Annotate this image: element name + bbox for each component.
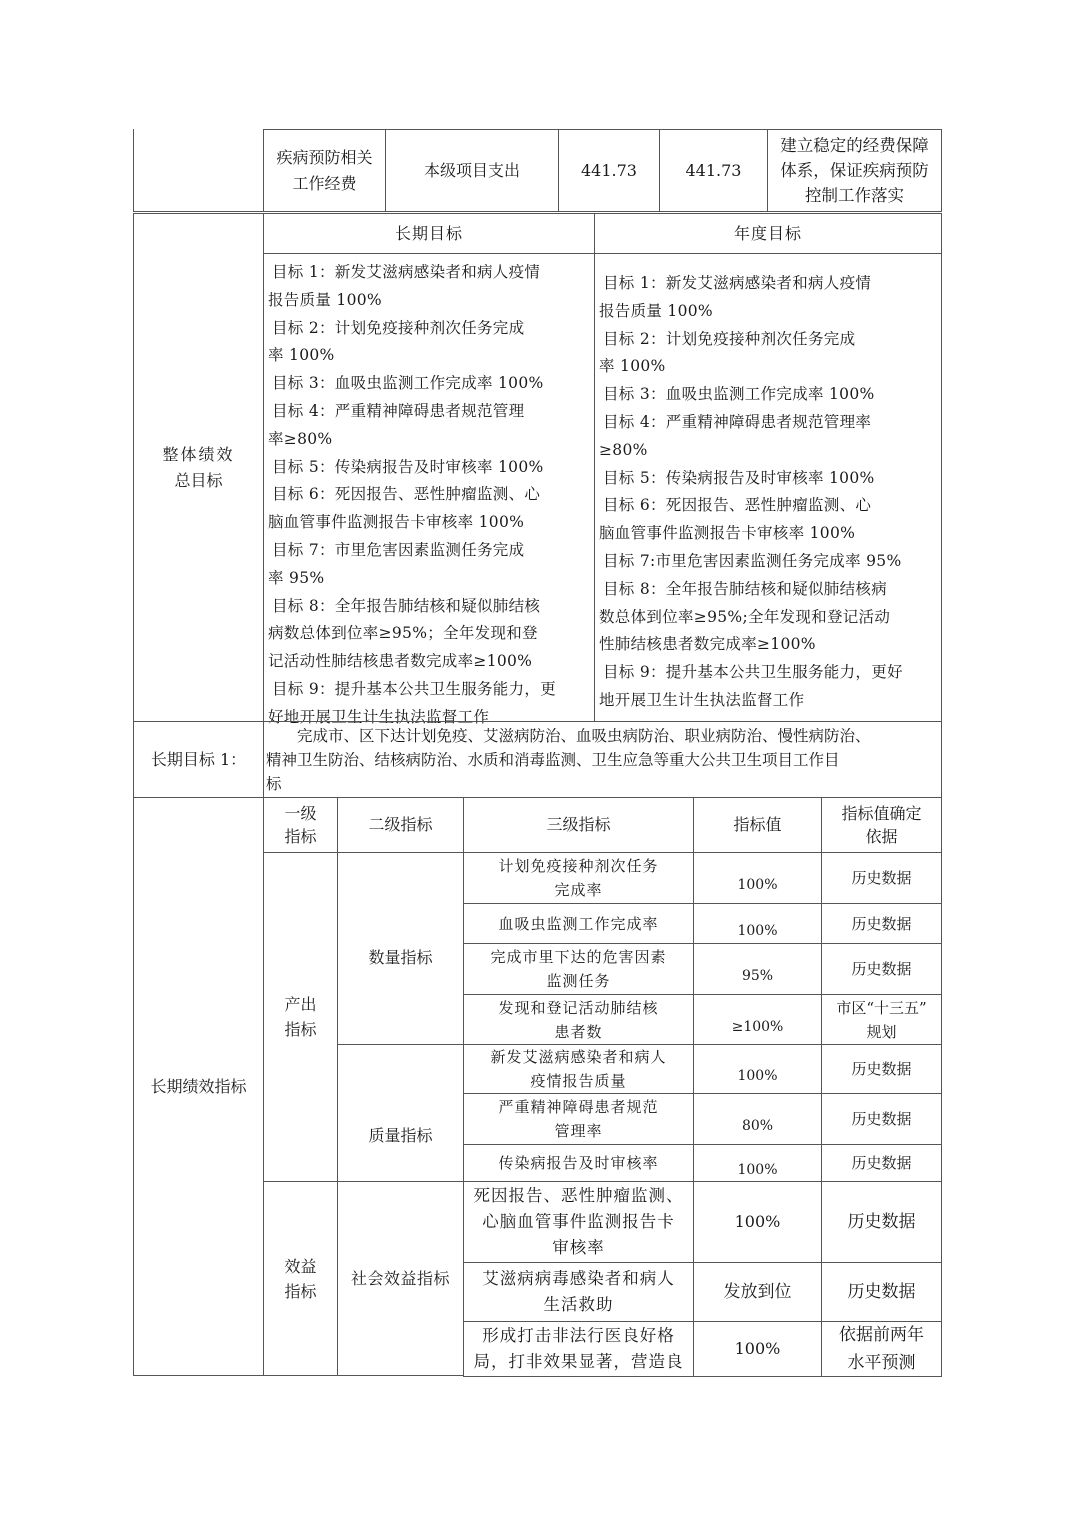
- indicator-value: 100%: [693, 1321, 822, 1377]
- level3-indicator: 严重精神障碍患者规范管理率: [463, 1093, 694, 1145]
- budget-item-name: 疾病预防相关 工作经费: [263, 129, 386, 212]
- goal-line: 脑血管事件监测报告卡审核率 100%: [599, 520, 937, 548]
- goal-line: 率 100%: [599, 353, 937, 381]
- level3-indicator: 形成打击非法行医良好格局，打非效果显著，营造良: [463, 1321, 694, 1377]
- level1-benefit: 效益指标: [263, 1181, 338, 1376]
- goal-line: 脑血管事件监测报告卡审核率 100%: [268, 509, 590, 537]
- indicator-value: 100%: [693, 903, 822, 944]
- budget-amount-2: 441.73: [659, 129, 768, 212]
- level2-social-benefit: 社会效益指标: [337, 1181, 464, 1376]
- level3-indicator: 血吸虫监测工作完成率: [463, 903, 694, 944]
- indicator-value: 80%: [693, 1093, 822, 1145]
- goal-line: 地开展卫生计生执法监督工作: [599, 687, 937, 715]
- level1-output: 产出指标: [263, 852, 338, 1182]
- level3-indicator: 艾滋病病毒感染者和病人生活救助: [463, 1262, 694, 1322]
- annual-goals-list: 目标 1：新发艾滋病感染者和病人疫情报告质量 100%目标 2：计划免疫接种剂次…: [594, 253, 942, 722]
- goal-line: 数总体到位率≥95%;全年发现和登记活动: [599, 604, 937, 632]
- long-term-goal-1-text: 完成市、区下达计划免疫、艾滋病防治、血吸虫病防治、职业病防治、慢性病防治、 精神…: [263, 721, 942, 798]
- goal-line: 目标 4：严重精神障碍患者规范管理: [268, 398, 590, 426]
- goal-line: 率≥80%: [268, 426, 590, 454]
- long-term-goal-1-label: 长期目标 1：: [133, 721, 264, 798]
- level3-indicator: 死因报告、恶性肿瘤监测、心脑血管事件监测报告卡审核率: [463, 1181, 694, 1263]
- goal-line: 报告质量 100%: [599, 298, 937, 326]
- goal-line: 目标 5：传染病报告及时审核率 100%: [268, 454, 590, 482]
- annual-goal-header: 年度目标: [594, 213, 942, 254]
- header-level2: 二级指标: [337, 797, 464, 853]
- indicators-label: 长期绩效指标: [133, 797, 264, 1376]
- goal-line: 率 100%: [268, 342, 590, 370]
- level3-indicator: 计划免疫接种剂次任务完成率: [463, 852, 694, 904]
- goal-line: 目标 5：传染病报告及时审核率 100%: [599, 465, 937, 493]
- indicator-basis: 市区“十三五”规划: [821, 994, 942, 1045]
- level2-quality: 质量指标: [337, 1044, 464, 1182]
- indicator-basis: 历史数据: [821, 1262, 942, 1322]
- indicator-basis: 历史数据: [821, 1144, 942, 1182]
- header-basis: 指标值确定依据: [821, 797, 942, 853]
- level3-indicator: 发现和登记活动肺结核患者数: [463, 994, 694, 1045]
- goal-line: 目标 9：提升基本公共卫生服务能力，更好: [599, 659, 937, 687]
- long-term-goal-header: 长期目标: [263, 213, 595, 254]
- level3-indicator: 新发艾滋病感染者和病人疫情报告质量: [463, 1044, 694, 1094]
- indicator-basis: 历史数据: [821, 903, 942, 944]
- budget-purpose: 建立稳定的经费保障 体系，保证疾病预防 控制工作落实: [767, 129, 942, 212]
- goal-line: 报告质量 100%: [268, 287, 590, 315]
- goal-line: 目标 7：市里危害因素监测任务完成: [268, 537, 590, 565]
- indicator-value: 发放到位: [693, 1262, 822, 1322]
- goal-line: 病数总体到位率≥95%；全年发现和登: [268, 620, 590, 648]
- indicator-basis: 历史数据: [821, 852, 942, 904]
- budget-empty-cell: [133, 129, 264, 212]
- indicator-basis: 历史数据: [821, 943, 942, 995]
- indicator-value: 100%: [693, 1044, 822, 1094]
- goal-line: 目标 3：血吸虫监测工作完成率 100%: [268, 370, 590, 398]
- goal-line: 记活动性肺结核患者数完成率≥100%: [268, 648, 590, 676]
- goal-line: 目标 1：新发艾滋病感染者和病人疫情: [599, 270, 937, 298]
- overall-goals-label: 整体绩效 总目标: [133, 213, 264, 722]
- goal-line: 目标 9：提升基本公共卫生服务能力，更: [268, 676, 590, 704]
- goal-line: 目标 2：计划免疫接种剂次任务完成: [268, 315, 590, 343]
- goal-line: 目标 3：血吸虫监测工作完成率 100%: [599, 381, 937, 409]
- indicator-basis: 历史数据: [821, 1093, 942, 1145]
- indicator-value: 100%: [693, 1181, 822, 1263]
- indicator-basis: 历史数据: [821, 1044, 942, 1094]
- indicator-value: ≥100%: [693, 994, 822, 1045]
- goal-line: 目标 4：严重精神障碍患者规范管理率: [599, 409, 937, 437]
- header-level1: 一级指标: [263, 797, 338, 853]
- long-term-goals-list: 目标 1：新发艾滋病感染者和病人疫情报告质量 100%目标 2：计划免疫接种剂次…: [263, 253, 595, 722]
- goal-line: ≥80%: [599, 437, 937, 465]
- indicator-value: 100%: [693, 1144, 822, 1182]
- goal-line: 目标 8：全年报告肺结核和疑似肺结核: [268, 593, 590, 621]
- goal-line: 目标 2：计划免疫接种剂次任务完成: [599, 326, 937, 354]
- header-level3: 三级指标: [463, 797, 694, 853]
- budget-expense-type: 本级项目支出: [385, 129, 559, 212]
- indicator-value: 100%: [693, 852, 822, 904]
- header-value: 指标值: [693, 797, 822, 853]
- goal-line: 率 95%: [268, 565, 590, 593]
- goal-line: 目标 8：全年报告肺结核和疑似肺结核病: [599, 576, 937, 604]
- indicator-value: 95%: [693, 943, 822, 995]
- goal-line: 目标 7:市里危害因素监测任务完成率 95%: [599, 548, 937, 576]
- goal-line: 性肺结核患者数完成率≥100%: [599, 631, 937, 659]
- goal-line: 目标 6：死因报告、恶性肿瘤监测、心: [599, 492, 937, 520]
- goal-line: 目标 6：死因报告、恶性肿瘤监测、心: [268, 481, 590, 509]
- indicator-basis: 依据前两年水平预测: [821, 1321, 942, 1377]
- level3-indicator: 完成市里下达的危害因素监测任务: [463, 943, 694, 995]
- level3-indicator: 传染病报告及时审核率: [463, 1144, 694, 1182]
- level2-quantity: 数量指标: [337, 852, 464, 1045]
- goal-line: 目标 1：新发艾滋病感染者和病人疫情: [268, 259, 590, 287]
- budget-amount-1: 441.73: [558, 129, 660, 212]
- indicator-basis: 历史数据: [821, 1181, 942, 1263]
